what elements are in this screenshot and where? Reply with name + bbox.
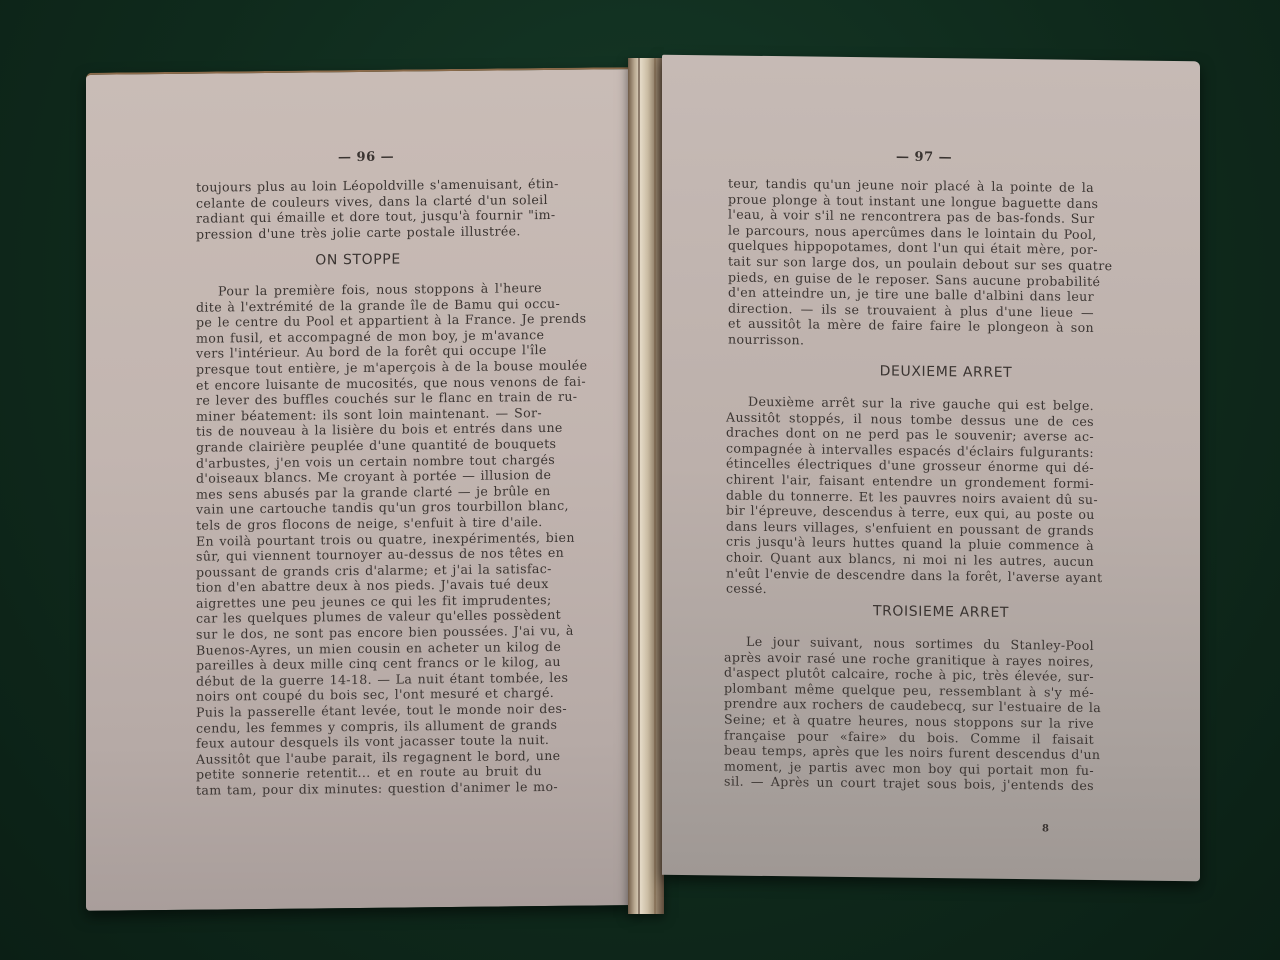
right-intro-paragraph: teur, tandis qu'un jeune noir placé à la… xyxy=(728,176,1094,352)
right-page: — 97 — teur, tandis qu'un jeune noir pla… xyxy=(662,55,1200,882)
heading-on-stoppe: ON STOPPE xyxy=(86,249,630,271)
text-line: sil. — Après un court trajet sous bois, … xyxy=(724,774,1094,794)
heading-deuxieme-arret: DEUXIEME ARRET xyxy=(662,361,1200,384)
book-spine xyxy=(628,58,664,914)
page-number-96: — 96 — xyxy=(338,150,394,166)
signature-mark: 8 xyxy=(1042,823,1049,834)
left-page: — 96 — toujours plus au loin Léopoldvill… xyxy=(86,67,630,911)
heading-troisieme-arret: TROISIEME ARRET xyxy=(662,601,1200,624)
text-line: pression d'une très jolie carte postale … xyxy=(196,223,542,242)
troisieme-arret-paragraph: Le jour suivant, nous sortimes du Stanle… xyxy=(724,633,1094,793)
left-intro-paragraph: toujours plus au loin Léopoldville s'ame… xyxy=(196,176,542,242)
text-line: tam tam, pour dix minutes: question d'an… xyxy=(196,779,542,798)
on-stoppe-paragraph: Pour la première fois, nous stoppons à l… xyxy=(196,280,542,798)
page-number-97: — 97 — xyxy=(896,150,952,166)
deuxieme-arret-paragraph: Deuxième arrêt sur la rive gauche qui es… xyxy=(726,393,1094,600)
